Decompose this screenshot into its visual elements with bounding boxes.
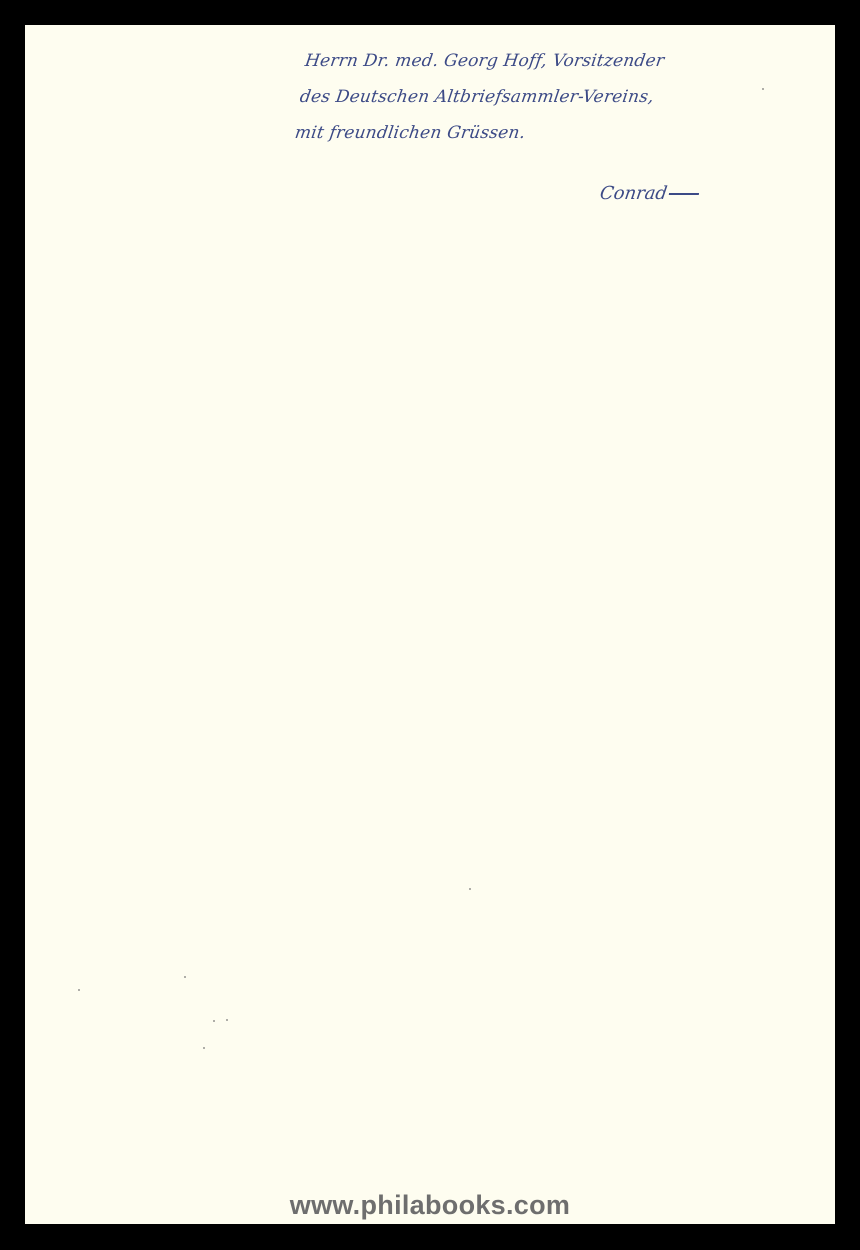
paper-speck (762, 88, 764, 90)
paper-speck (213, 1020, 215, 1022)
paper-speck (226, 1019, 228, 1021)
handwritten-inscription: Herrn Dr. med. Georg Hoff, Vorsitzender … (292, 43, 837, 151)
watermark-url: www.philabooks.com (25, 1190, 835, 1221)
document-page: Herrn Dr. med. Georg Hoff, Vorsitzender … (25, 25, 835, 1224)
signature: Conrad (599, 183, 701, 204)
paper-speck (78, 989, 80, 991)
signature-flourish (669, 193, 699, 195)
paper-speck (469, 888, 471, 890)
inscription-line-3: mit freundlichen Grüssen. (292, 115, 827, 151)
inscription-line-2: des Deutschen Altbriefsammler-Vereins, (297, 79, 832, 115)
inscription-line-1: Herrn Dr. med. Georg Hoff, Vorsitzender (303, 43, 838, 79)
paper-speck (184, 976, 186, 978)
signature-text: Conrad (599, 183, 669, 204)
paper-speck (203, 1047, 205, 1049)
